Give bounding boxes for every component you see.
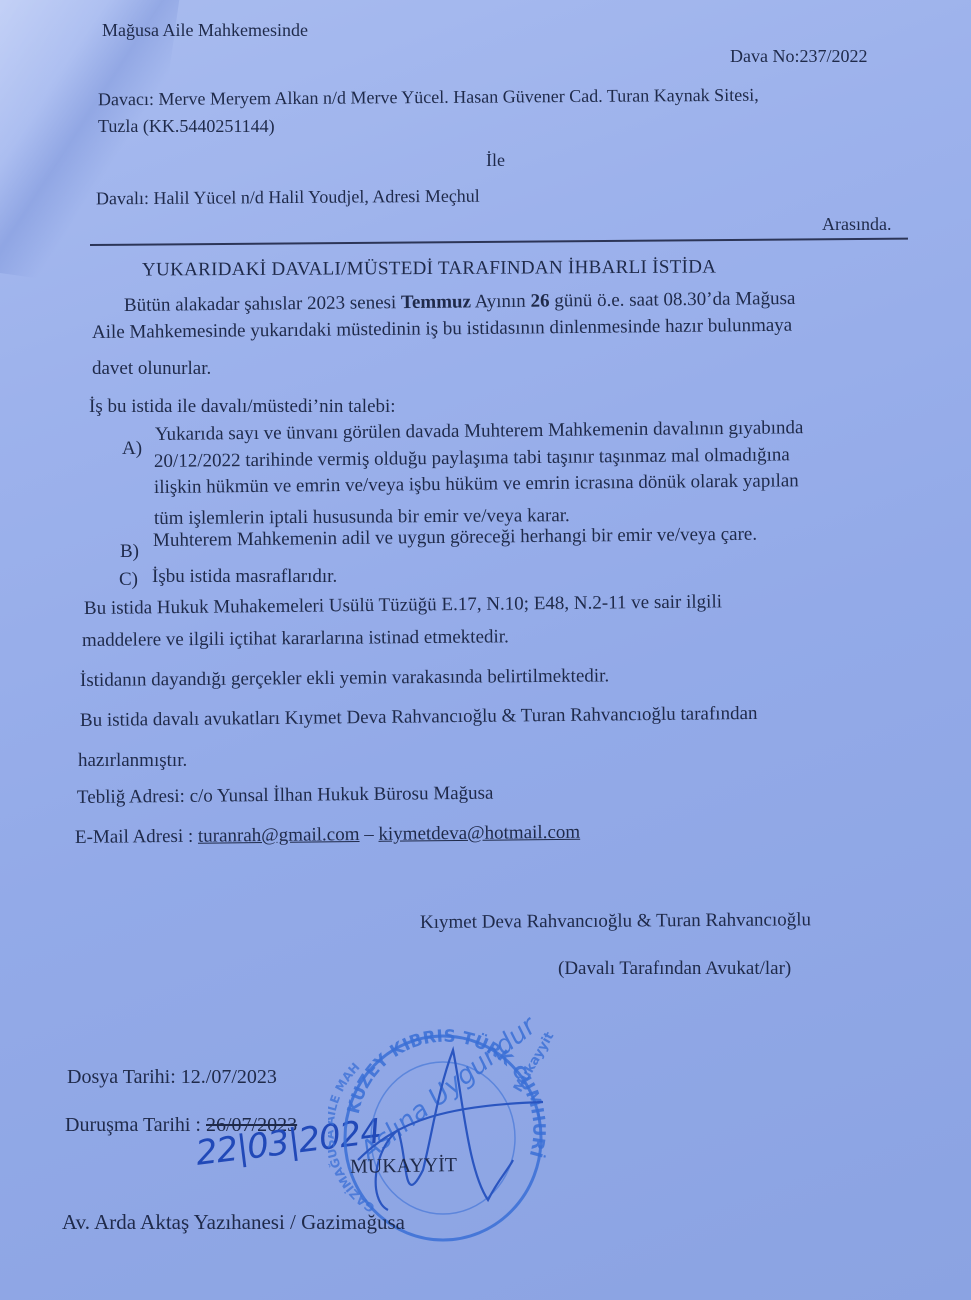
request-c-text: İşbu istida masraflarıdır. (152, 566, 337, 589)
request-a-line-2: 20/12/2022 tarihinde vermiş olduğu payla… (154, 444, 790, 473)
filing-date: Dosya Tarihi: 12./07/2023 (67, 1065, 277, 1089)
request-heading: İş bu istida ile davalı/müstedi’nin tale… (89, 396, 396, 419)
email-label: E-Mail Adresi : (75, 826, 198, 848)
plaintiff-line-1: Davacı: Merve Meryem Alkan n/d Merve Yüc… (98, 85, 759, 111)
request-a-line-1: Yukarıda sayı ve ünvanı görülen davada M… (155, 417, 804, 447)
email-separator: – (359, 824, 378, 845)
legal-basis-line-2: maddelere ve ilgili içtihat kararlarına … (82, 626, 509, 653)
intro-line-1: Bütün alakadar şahıslar 2023 senesi Temm… (124, 288, 796, 318)
email-line: E-Mail Adresi : turanrah@gmail.com – kiy… (75, 822, 580, 850)
between-label: Arasında. (822, 214, 891, 236)
legal-basis-line-1: Bu istida Hukuk Muhakemeleri Usülü Tüzüğ… (84, 591, 722, 620)
service-address: Tebliğ Adresi: c/o Yunsal İlhan Hukuk Bü… (77, 783, 494, 810)
prepared-by-line-2: hazırlanmıştır. (78, 750, 187, 773)
intro-line-3: davet olunurlar. (92, 358, 211, 381)
intro-month: Temmuz (401, 291, 471, 313)
header-divider (90, 238, 908, 246)
connector-ile: İle (486, 150, 505, 172)
defendant-line: Davalı: Halil Yücel n/d Halil Youdjel, A… (96, 186, 480, 210)
signatory-role: (Davalı Tarafından Avukat/lar) (558, 958, 791, 981)
intro-part-1: Bütün alakadar şahıslar 2023 senesi (124, 292, 401, 316)
intro-part-2: Ayının (471, 291, 531, 313)
plaintiff-line-2: Tuzla (KK.5440251144) (98, 116, 275, 138)
intro-day: 26 (530, 291, 549, 312)
document-title: YUKARIDAKİ DAVALI/MÜSTEDİ TARAFINDAN İHB… (142, 256, 716, 282)
facts-statement: İstidanın dayandığı gerçekler ekli yemin… (80, 665, 609, 692)
law-office: Av. Arda Aktaş Yazıhanesi / Gazimağusa (62, 1210, 405, 1235)
request-a-line-3: ilişkin hükmün ve emrin ve/veya işbu hük… (154, 470, 799, 500)
prepared-by-line-1: Bu istida davalı avukatları Kıymet Deva … (80, 703, 758, 733)
request-a-label: A) (122, 438, 142, 461)
intro-part-3: günü ö.e. saat 08.30’da Mağusa (549, 288, 795, 312)
request-b-label: B) (120, 541, 139, 564)
signatory-names: Kıymet Deva Rahvancıoğlu & Turan Rahvanc… (420, 909, 811, 935)
intro-line-2: Aile Mahkemesinde yukarıdaki müstedinin … (92, 315, 792, 345)
hearing-label: Duruşma Tarihi : (65, 1114, 206, 1136)
document-page: Mağusa Aile Mahkemesinde Dava No:237/202… (0, 0, 971, 1300)
email-link-turanrah[interactable]: turanrah@gmail.com (198, 824, 360, 847)
stamp-label-mukayyit: MUKAYYİT (350, 1154, 457, 1179)
case-number: Dava No:237/2022 (730, 46, 867, 68)
request-c-label: C) (119, 569, 138, 592)
email-link-kiymetdeva[interactable]: kiymetdeva@hotmail.com (378, 822, 580, 845)
court-name: Mağusa Aile Mahkemesinde (102, 20, 308, 42)
